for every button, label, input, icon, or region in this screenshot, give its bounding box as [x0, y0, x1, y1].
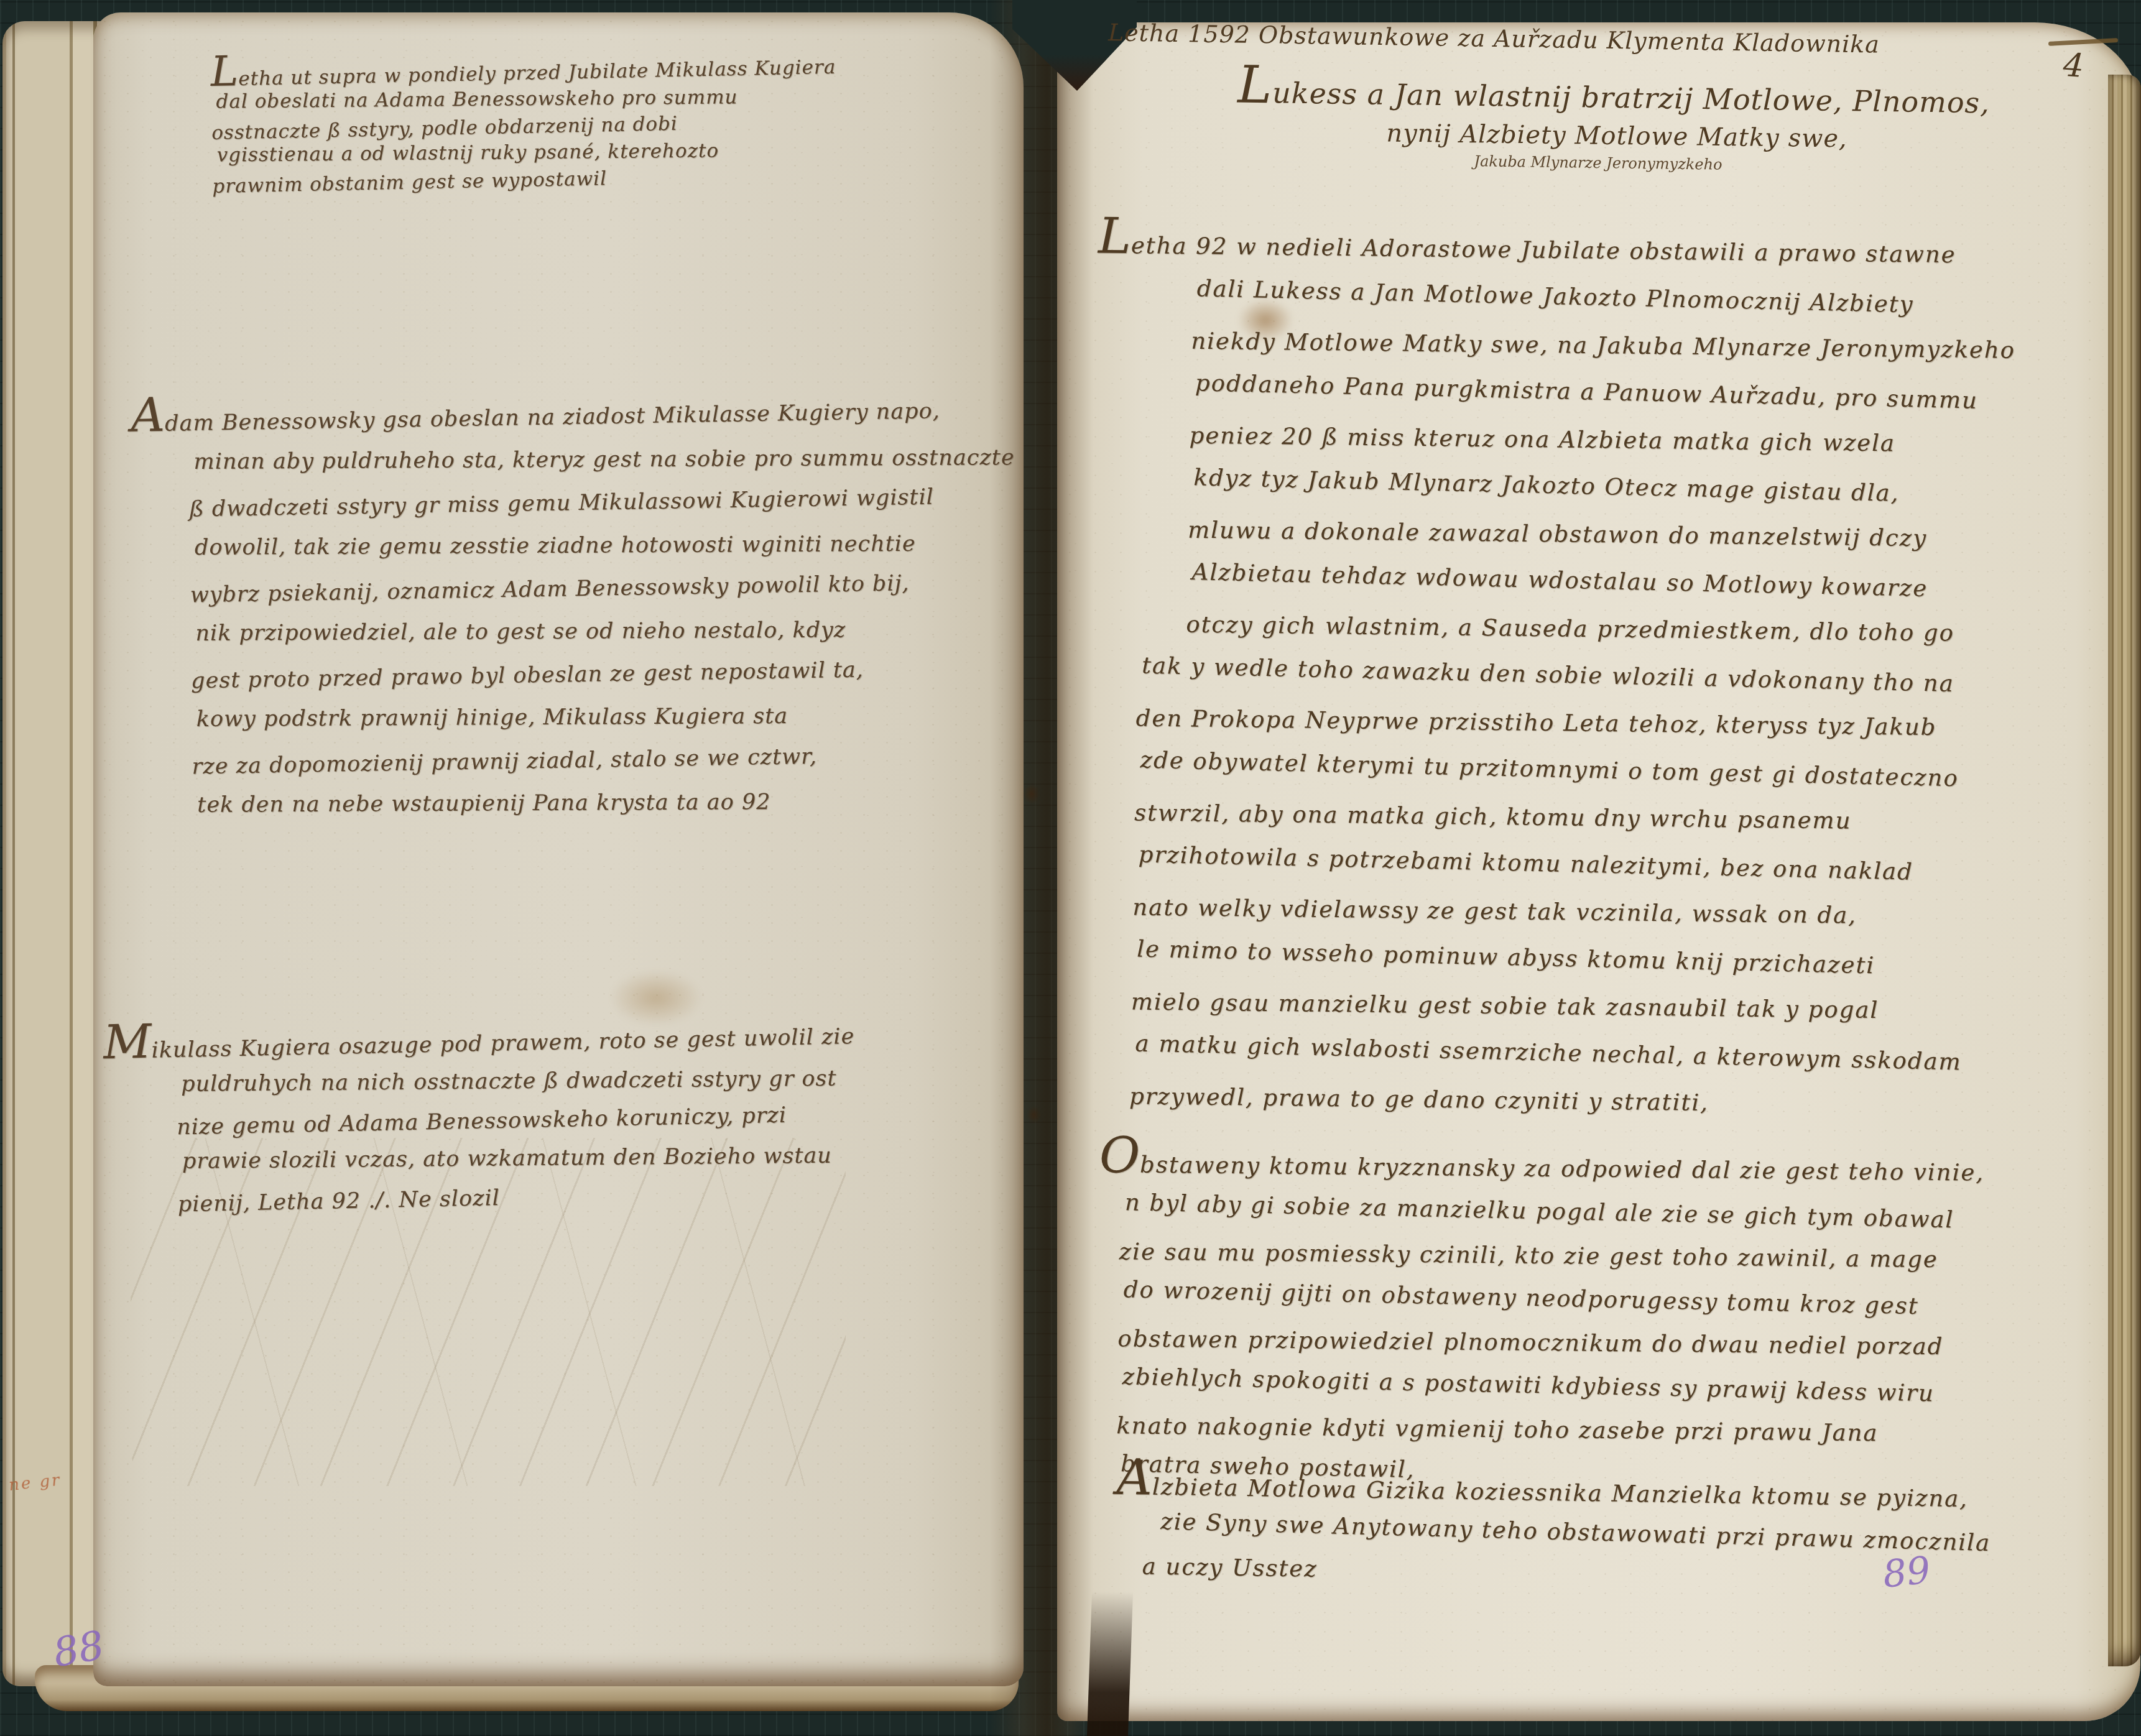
page-number-right: 89 — [1881, 1548, 1933, 1597]
handwritten-paragraph: Letha ut supra w pondiely przed Jubilate… — [210, 47, 1014, 198]
handwritten-paragraph: Obstaweny ktomu kryzznansky za odpowied … — [1094, 1138, 2141, 1504]
handwritten-paragraph: Alzbieta Motlowa Gizika koziessnika Manz… — [1114, 1461, 2141, 1604]
handwritten-paragraph: Letha 92 w nedieli Adorastowe Jubilate o… — [1083, 218, 2141, 1134]
gutter-bottom-shadow — [1087, 1592, 1133, 1736]
handwritten-paragraph: Adam Benessowsky gsa obeslan na ziadost … — [131, 391, 1012, 830]
folio-number: 4 — [2062, 47, 2085, 85]
book-gutter — [990, 0, 1093, 1736]
page-number-left: 88 — [50, 1622, 108, 1676]
handwritten-line: tek den na nebe wstaupienij Pana krysta … — [197, 780, 1017, 827]
page-edges-left — [2, 21, 104, 1686]
handwritten-paragraph: Mikulass Kugiera osazuge pod prawem, rot… — [103, 1015, 995, 1222]
manuscript-photo: Letha ut supra w pondiely przed Jubilate… — [0, 0, 2141, 1736]
